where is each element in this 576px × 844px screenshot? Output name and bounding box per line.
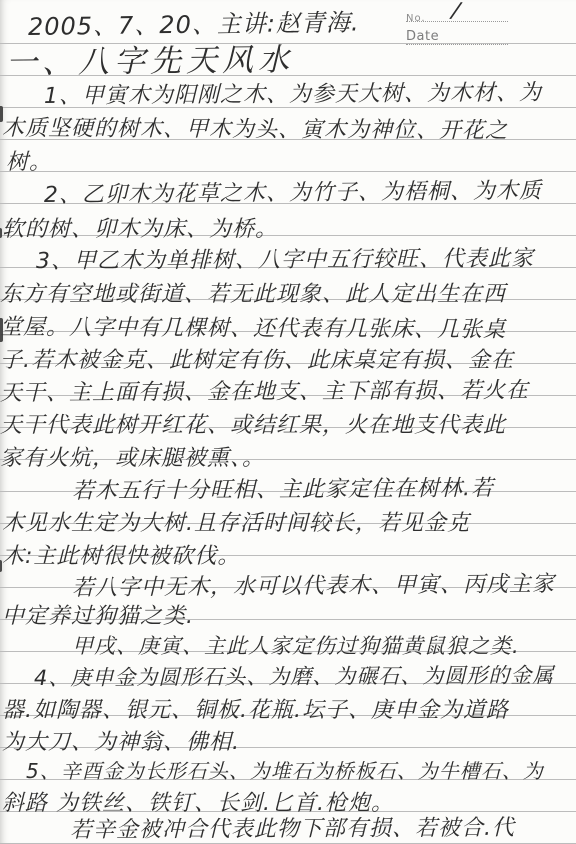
handwritten-line: 东方有空地或街道、若无此现象、此人定出生在西	[0, 282, 506, 307]
date-row: Date	[406, 25, 508, 45]
handwritten-line: 木质坚硬的树木、甲木为头、寅木为神位、开花之	[2, 116, 508, 144]
handwritten-line: 子.若木被金克、此树定有伤、此床桌定有损、金在	[0, 348, 514, 373]
handwritten-line: 堂屋。八字中有几棵树、还代表有几张床、几张桌	[0, 315, 506, 343]
handwritten-line: 1、甲寅木为阳刚之木、为参天大树、为木材、为	[44, 81, 542, 110]
handwritten-line: 器.如陶器、银元、铜板.花瓶.坛子、庚申金为道路	[2, 698, 509, 723]
handwritten-line: 5、辛酉金为长形石头、为堆石为桥板石、为牛槽石、为	[26, 760, 544, 783]
handwritten-line: 天干代表此树开红花、或结红果，火在地支代表此	[0, 413, 506, 438]
handwritten-line: 软的树、卯木为床、为桥。	[2, 217, 278, 242]
handwritten-line: 木见水生定为大树.且存活时间较长，若见金克	[2, 511, 470, 536]
handwritten-line: 若木五行十分旺相、主此家定住在树林.若	[72, 476, 494, 504]
handwritten-line: 天干、主上面有损、金在地支、主下部有损、若火在	[0, 378, 529, 406]
handwritten-line: 中定养过狗猫之类.	[2, 604, 194, 629]
handwritten-line: 4、庚申金为圆形石头、为磨、为碾石、为圆形的金属	[34, 663, 554, 690]
notebook-page: No. / Date 2005、7、20、主讲:赵青海. 一、八字先天风水 1、…	[0, 0, 576, 844]
handwritten-line: 木:主此树很快被砍伐。	[2, 544, 240, 569]
handwritten-line: 若八字中无木，水可以代表木、甲寅、丙戌主家	[72, 572, 555, 602]
handwritten-line: 家有火炕，或床腿被熏、。	[0, 446, 265, 471]
handwritten-line: 若辛金被冲合代表此物下部有损、若被合.代	[70, 816, 515, 844]
page-number-mark: /	[450, 0, 462, 24]
date-entry: 2005、7、20、主讲:赵青海.	[28, 9, 360, 41]
handwritten-line: 树。	[6, 150, 52, 175]
handwritten-line: 甲戌、庚寅、主此人家定伤过狗猫黄鼠狼之类.	[72, 634, 520, 658]
handwritten-line: 斜路 为铁丝、铁钉、长剑.匕首.枪炮。	[2, 791, 394, 816]
no-row: No. /	[406, 6, 508, 22]
handwritten-line: 为大刀、为神翁、佛相.	[2, 730, 240, 755]
page-header-block: No. / Date	[406, 6, 508, 45]
date-label: Date	[406, 29, 439, 44]
page-title: 一、八字先天风水	[6, 43, 294, 82]
handwritten-line: 2、乙卯木为花草之木、为竹子、为梧桐、为木质	[44, 179, 542, 209]
handwritten-line: 3、甲乙木为单排树、八字中五行较旺、代表此家	[36, 246, 534, 274]
no-label: No.	[406, 13, 426, 24]
